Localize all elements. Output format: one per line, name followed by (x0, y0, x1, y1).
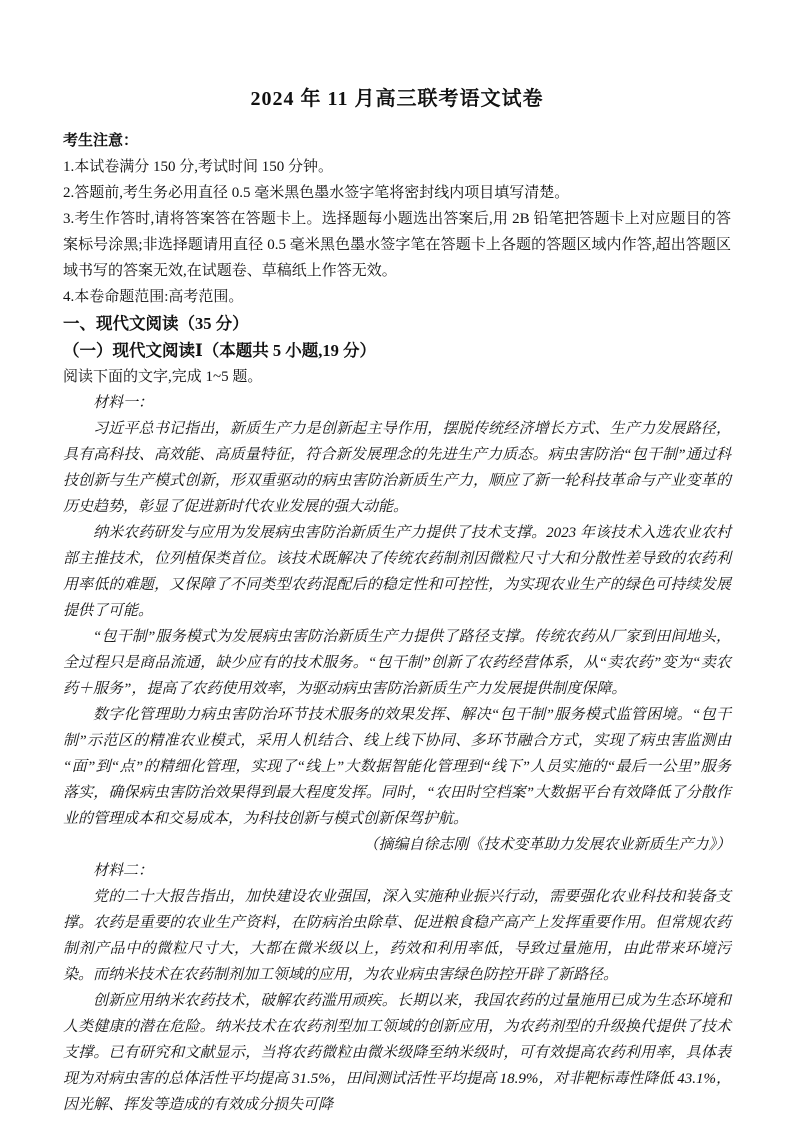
notice-item-2: 2.答题前,考生务必用直径 0.5 毫米黑色墨水签字笔将密封线内项目填写清楚。 (63, 180, 731, 206)
page-title: 2024 年 11 月高三联考语文试卷 (63, 84, 731, 114)
notice-heading: 考生注意： (63, 128, 731, 154)
material-1-label: 材料一： (63, 390, 731, 416)
notice-item-1: 1.本试卷满分 150 分,考试时间 150 分钟。 (63, 154, 731, 180)
material-2: 材料二： 党的二十大报告指出，加快建设农业强国，深入实施种业振兴行动，需要强化农… (63, 858, 731, 1118)
material-2-paragraph: 创新应用纳米农药技术，破解农药滥用顽疾。长期以来，我国农药的过量施用已成为生态环… (63, 988, 731, 1118)
material-1-paragraph: “包干制”服务模式为发展病虫害防治新质生产力提供了路径支撑。传统农药从厂家到田间… (63, 624, 731, 702)
material-2-label: 材料二： (63, 858, 731, 884)
material-1-paragraph: 数字化管理助力病虫害防治环节技术服务的效果发挥、解决“包干制”服务模式监管困境。… (63, 702, 731, 832)
notice-item-4: 4.本卷命题范围:高考范围。 (63, 284, 731, 310)
material-1-paragraph: 纳米农药研发与应用为发展病虫害防治新质生产力提供了技术支撑。2023 年该技术入… (63, 520, 731, 624)
reading-instruction: 阅读下面的文字,完成 1~5 题。 (63, 364, 731, 390)
material-1-attribution: （摘编自徐志刚《技术变革助力发展农业新质生产力》） (63, 832, 731, 858)
material-1: 材料一： 习近平总书记指出，新质生产力是创新起主导作用，摆脱传统经济增长方式、生… (63, 390, 731, 858)
notice-item-3: 3.考生作答时,请将答案答在答题卡上。选择题每小题选出答案后,用 2B 铅笔把答… (63, 206, 731, 284)
material-1-paragraph: 习近平总书记指出，新质生产力是创新起主导作用，摆脱传统经济增长方式、生产力发展路… (63, 416, 731, 520)
exam-paper-page: 2024 年 11 月高三联考语文试卷 考生注意： 1.本试卷满分 150 分,… (0, 0, 794, 1123)
subsection-heading: （一）现代文阅读Ⅰ（本题共 5 小题,19 分） (63, 337, 731, 364)
notice-section: 考生注意： 1.本试卷满分 150 分,考试时间 150 分钟。 2.答题前,考… (63, 128, 731, 310)
modern-reading-section: 一、现代文阅读（35 分） （一）现代文阅读Ⅰ（本题共 5 小题,19 分） 阅… (63, 310, 731, 1118)
material-2-paragraph: 党的二十大报告指出，加快建设农业强国，深入实施种业振兴行动，需要强化农业科技和装… (63, 884, 731, 988)
section-heading: 一、现代文阅读（35 分） (63, 310, 731, 337)
